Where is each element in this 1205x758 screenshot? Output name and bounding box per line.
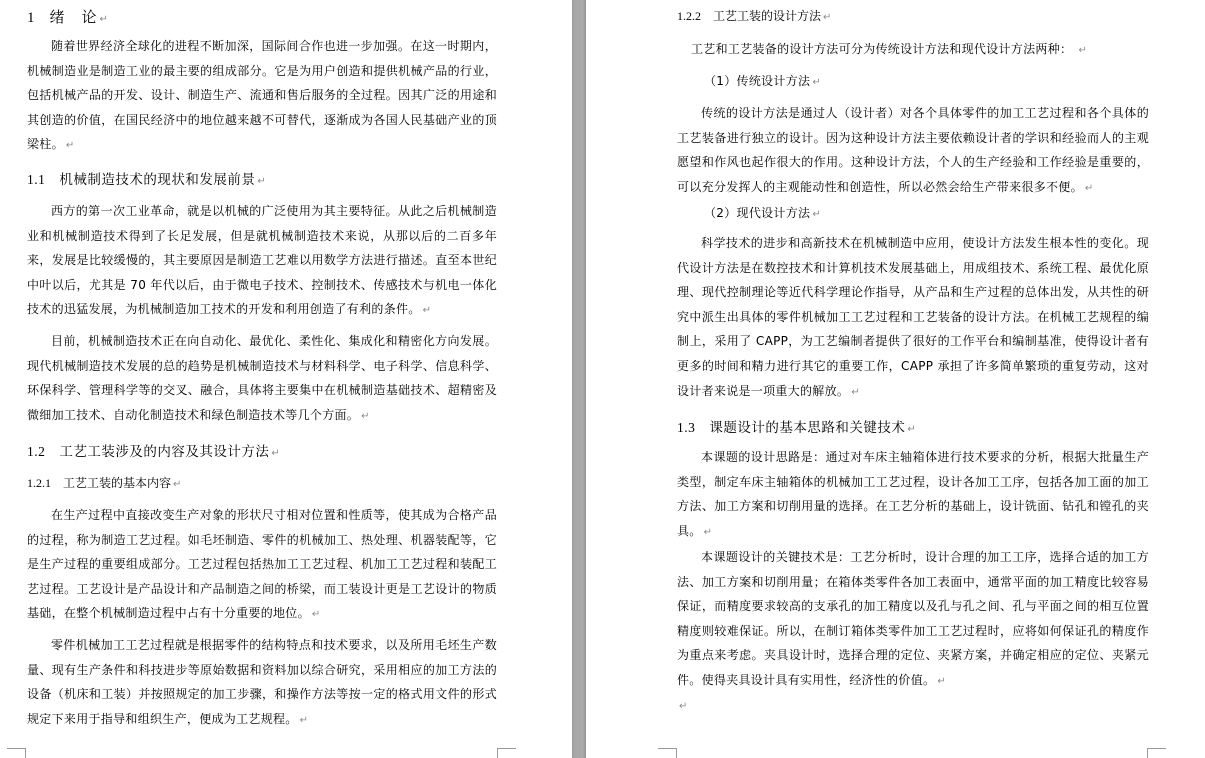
paragraph-mark-icon: ↵ (173, 479, 181, 490)
paragraph-text: 本课题的设计思路是：通过对车床主轴箱体进行技术要求的分析，根据大批量生产类型，制… (677, 450, 1149, 538)
heading-number: 1.2 (27, 444, 45, 459)
heading-number: 1 (27, 10, 36, 26)
list-item-text: （2）现代设计方法 (704, 206, 810, 220)
paragraph-mark-icon: ↵ (851, 387, 860, 398)
paragraph-mark-icon: ↵ (257, 176, 266, 187)
heading-section-1-2: 1.2工艺工装涉及的内容及其设计方法↵ (27, 440, 280, 460)
paragraph-text: 随着世界经济全球化的进程不断加深，国际间合作也进一步加强。在这一时期内，机械制造… (27, 39, 497, 151)
empty-paragraph: ↵ (677, 698, 688, 712)
paragraph: 目前，机械制造技术正在向自动化、最优化、柔性化、集成化和精密化方向发展。现代机械… (27, 329, 497, 429)
paragraph-mark-icon: ↵ (823, 12, 831, 23)
paragraph: 在生产过程中直接改变生产对象的形状尺寸相对位置和性质等，使其成为合格产品的过程，… (27, 503, 497, 628)
heading-title: 工艺工装涉及的内容及其设计方法 (59, 444, 269, 460)
paragraph: 本课题的设计思路是：通过对车床主轴箱体进行技术要求的分析，根据大批量生产类型，制… (677, 445, 1149, 545)
heading-section-1-3: 1.3课题设计的基本思路和关键技术↵ (677, 416, 916, 436)
list-item-traditional-method: （1）传统设计方法↵ (704, 72, 821, 89)
list-item-text: （1）传统设计方法 (704, 74, 810, 88)
heading-number: 1.2.1 (27, 476, 51, 490)
paragraph-mark-icon: ↵ (704, 527, 713, 538)
heading-number: 1.3 (677, 420, 695, 435)
paragraph: 传统的设计方法是通过人（设计者）对各个具体零件的加工工艺过程和各个具体的工艺装备… (677, 101, 1149, 201)
page-corner-mark (7, 748, 26, 758)
paragraph: 本课题设计的关键技术是：工艺分析时，设计合理的加工工序，选择合适的加工方法、加工… (677, 545, 1149, 695)
heading-chapter-1: 1绪 论↵ (27, 6, 109, 27)
page-corner-mark (1147, 748, 1166, 758)
paragraph-mark-icon: ↵ (1085, 183, 1094, 194)
paragraph-text: 目前，机械制造技术正在向自动化、最优化、柔性化、集成化和精密化方向发展。现代机械… (27, 334, 497, 422)
heading-title: 工艺工装的基本内容 (63, 476, 171, 490)
paragraph-mark-icon: ↵ (812, 209, 821, 220)
paragraph-text: 西方的第一次工业革命，就是以机械的广泛使用为其主要特征。从此之后机械制造业和机械… (27, 204, 497, 316)
paragraph-text: 工艺和工艺装备的设计方法可分为传统设计方法和现代设计方法两种： (691, 42, 1072, 56)
heading-number: 1.1 (27, 172, 45, 187)
paragraph-text: 科学技术的进步和高新技术在机械制造中应用，使设计方法发生根本性的变化。现代设计方… (677, 236, 1149, 398)
intro-line: 工艺和工艺装备的设计方法可分为传统设计方法和现代设计方法两种： ↵ (691, 40, 1087, 57)
paragraph: 零件机械加工工艺过程就是根据零件的结构特点和技术要求，以及所用毛坯生产数量、现有… (27, 633, 497, 733)
heading-section-1-2-1: 1.2.1工艺工装的基本内容↵ (27, 474, 181, 491)
paragraph-mark-icon: ↵ (100, 14, 109, 25)
paragraph-text: 本课题设计的关键技术是：工艺分析时，设计合理的加工工序，选择合适的加工方法、加工… (677, 550, 1149, 687)
paragraph: 西方的第一次工业革命，就是以机械的广泛使用为其主要特征。从此之后机械制造业和机械… (27, 199, 497, 324)
paragraph-text: 在生产过程中直接改变生产对象的形状尺寸相对位置和性质等，使其成为合格产品的过程，… (27, 508, 497, 620)
paragraph-mark-icon: ↵ (907, 424, 916, 435)
heading-title: 课题设计的基本思路和关键技术 (709, 420, 905, 436)
paragraph-mark-icon: ↵ (300, 715, 309, 726)
page-corner-mark (658, 748, 677, 758)
paragraph-mark-icon: ↵ (66, 140, 75, 151)
paragraph-text: 零件机械加工工艺过程就是根据零件的结构特点和技术要求，以及所用毛坯生产数量、现有… (27, 638, 497, 726)
list-item-modern-method: （2）现代设计方法↵ (704, 204, 821, 221)
paragraph-mark-icon: ↵ (423, 305, 432, 316)
paragraph-mark-icon: ↵ (812, 77, 821, 88)
paragraph-mark-icon: ↵ (361, 411, 370, 422)
page-divider (572, 0, 586, 758)
heading-number: 1.2.2 (677, 9, 701, 23)
heading-title: 绪 论 (50, 8, 98, 26)
heading-section-1-2-2: 1.2.2工艺工装的设计方法↵ (677, 7, 831, 24)
paragraph-mark-icon: ↵ (1078, 45, 1087, 56)
page-corner-mark (497, 748, 516, 758)
paragraph-mark-icon: ↵ (312, 609, 321, 620)
heading-title: 工艺工装的设计方法 (713, 9, 821, 23)
paragraph: 科学技术的进步和高新技术在机械制造中应用，使设计方法发生根本性的变化。现代设计方… (677, 231, 1149, 405)
paragraph: 随着世界经济全球化的进程不断加深，国际间合作也进一步加强。在这一时期内，机械制造… (27, 34, 497, 159)
paragraph-mark-icon: ↵ (679, 701, 688, 712)
paragraph-mark-icon: ↵ (937, 676, 946, 687)
paragraph-mark-icon: ↵ (271, 448, 280, 459)
heading-title: 机械制造技术的现状和发展前景 (59, 172, 255, 188)
heading-section-1-1: 1.1机械制造技术的现状和发展前景↵ (27, 168, 266, 188)
paragraph-text: 传统的设计方法是通过人（设计者）对各个具体零件的加工工艺过程和各个具体的工艺装备… (677, 106, 1149, 194)
